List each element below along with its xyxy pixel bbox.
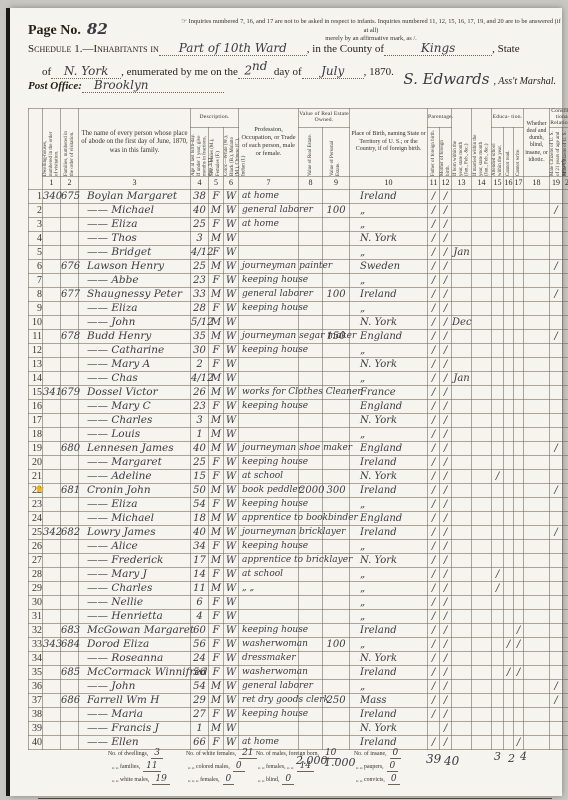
cell-family: 676 <box>61 259 79 273</box>
cell-father-foreign: / <box>428 511 440 525</box>
table-row: 12—— Catharine30FWkeeping house„// <box>29 343 568 357</box>
cell-vote-denied <box>563 581 568 595</box>
cell-sex: F <box>209 707 224 721</box>
cell-mother-foreign: / <box>440 315 452 329</box>
line-number: 35 <box>29 665 43 679</box>
cell-school <box>492 525 504 539</box>
cell-name: —— Charles <box>79 413 191 427</box>
cell-mother-foreign: / <box>440 357 452 371</box>
cell-father-foreign <box>428 721 440 735</box>
cell-cannot-read <box>504 707 514 721</box>
cell-vote-denied <box>563 203 568 217</box>
table-row: 35685McCormack Winnifred56FWwasherwomanI… <box>29 665 568 679</box>
cell-disability <box>524 399 550 413</box>
cell-birthplace: Ireland <box>350 665 428 679</box>
census-table-body: 1340675Boylan Margaret38FWat homeIreland… <box>29 189 568 749</box>
cell-occupation: dressmaker <box>239 651 299 665</box>
cell-name: Budd Henry <box>79 329 191 343</box>
cell-cannot-read <box>504 623 514 637</box>
cell-real-estate <box>299 371 323 385</box>
cell-color: W <box>224 539 239 553</box>
cell-cannot-read <box>504 301 514 315</box>
cell-cannot-read <box>504 245 514 259</box>
cell-cannot-write <box>514 581 524 595</box>
cell-cannot-read <box>504 693 514 707</box>
cell-marriage-month <box>472 553 492 567</box>
cell-personal-estate: 100 <box>323 637 350 651</box>
cell-cannot-read: / <box>504 665 514 679</box>
cell-birthplace: Ireland <box>350 525 428 539</box>
cell-birth-month <box>452 497 472 511</box>
cell-birth-month <box>452 301 472 315</box>
cell-male-citizen: / <box>550 693 563 707</box>
mother-foreign-total: 40 <box>444 754 459 768</box>
line-number: 33 <box>29 637 43 651</box>
cell-sex: M <box>209 385 224 399</box>
cell-real-estate <box>299 567 323 581</box>
cell-male-citizen <box>550 245 563 259</box>
column-number-12: 12 <box>440 176 452 189</box>
cell-birthplace: „ <box>350 539 428 553</box>
cell-name: —— John <box>79 315 191 329</box>
cell-school: / <box>492 469 504 483</box>
cell-sex: F <box>209 665 224 679</box>
cell-vote-denied <box>563 693 568 707</box>
table-row: 19680Lennesen James40MWjourneyman shoe m… <box>29 441 568 455</box>
cell-vote-denied <box>563 721 568 735</box>
cell-personal-estate <box>323 581 350 595</box>
column-number-row: 1 2 3 4 5 6 7 8 9 10 11 12 13 14 15 16 1… <box>29 176 568 189</box>
cell-name: —— Roseanna <box>79 651 191 665</box>
cell-name: McCormack Winnifred <box>79 665 191 679</box>
cell-color: W <box>224 609 239 623</box>
signature-value: S. Edwards <box>403 70 489 88</box>
cell-color: W <box>224 567 239 581</box>
cell-birth-month <box>452 413 472 427</box>
cell-dwelling <box>43 259 61 273</box>
cell-sex: M <box>209 441 224 455</box>
cell-cannot-read <box>504 217 514 231</box>
cell-father-foreign: / <box>428 203 440 217</box>
cell-marriage-month <box>472 469 492 483</box>
cell-personal-estate <box>323 315 350 329</box>
cell-mother-foreign: / <box>440 217 452 231</box>
footer-dwellings-value: 3 <box>151 748 163 759</box>
cell-age: 4/12 <box>191 371 209 385</box>
cannot-read-total: 2 <box>508 752 515 765</box>
cell-male-citizen: / <box>550 483 563 497</box>
cell-disability <box>524 581 550 595</box>
cell-age: 54 <box>191 497 209 511</box>
page-number-label: Page No. <box>28 23 81 38</box>
attended-school-total: 3 <box>494 750 501 763</box>
cell-disability <box>524 357 550 371</box>
cell-school <box>492 315 504 329</box>
cell-occupation: keeping house <box>239 497 299 511</box>
page-number-row: Page No.82 <box>28 20 108 39</box>
cell-cannot-read <box>504 427 514 441</box>
cell-mother-foreign: / <box>440 189 452 203</box>
cell-age: 56 <box>191 637 209 651</box>
line-number: 11 <box>29 329 43 343</box>
cell-dwelling <box>43 343 61 357</box>
cell-male-citizen <box>550 581 563 595</box>
cell-family: 683 <box>61 623 79 637</box>
cell-marriage-month <box>472 343 492 357</box>
cell-dwelling <box>43 441 61 455</box>
line-number: 37 <box>29 693 43 707</box>
cell-father-foreign: / <box>428 469 440 483</box>
cell-cannot-write <box>514 567 524 581</box>
cell-name: —— Michael <box>79 511 191 525</box>
census-sheet: Page No.82 ☞ Inquiries numbered 7, 16, a… <box>10 8 562 796</box>
day-field: 2nd <box>238 59 274 79</box>
line-number: 24 <box>29 511 43 525</box>
cell-vote-denied <box>563 427 568 441</box>
cell-male-citizen <box>550 665 563 679</box>
cell-cannot-write <box>514 217 524 231</box>
cell-disability <box>524 245 550 259</box>
group-constitutional: Constitu- tional Relations. <box>550 109 568 128</box>
cell-sex: F <box>209 469 224 483</box>
cell-cannot-write <box>514 455 524 469</box>
cell-father-foreign: / <box>428 609 440 623</box>
cell-cannot-read <box>504 385 514 399</box>
cell-father-foreign: / <box>428 357 440 371</box>
cell-age: 6 <box>191 595 209 609</box>
cell-school <box>492 329 504 343</box>
column-header-3: The name of every person whose place of … <box>79 109 191 177</box>
cell-mother-foreign: / <box>440 329 452 343</box>
column-number-14: 14 <box>472 176 492 189</box>
cell-name: Lowry James <box>79 525 191 539</box>
cell-sex: M <box>209 259 224 273</box>
cell-personal-estate <box>323 469 350 483</box>
cell-occupation: keeping house <box>239 623 299 637</box>
cell-name: Boylan Margaret <box>79 189 191 203</box>
cell-family <box>61 427 79 441</box>
footer-dwellings: No. of dwellings,3 <box>108 748 163 758</box>
cell-family <box>61 413 79 427</box>
group-description: Description. <box>191 109 239 128</box>
footer-white-females-value: 21 <box>239 748 256 759</box>
month-field: July <box>302 64 364 79</box>
cell-school <box>492 679 504 693</box>
column-header-20: Male Citizens of U. S. of 21 years of ag… <box>563 127 568 176</box>
cell-color: W <box>224 427 239 441</box>
cell-dwelling <box>43 707 61 721</box>
cell-real-estate <box>299 427 323 441</box>
census-table: Dwelling-houses, numbered in the order o… <box>28 108 568 750</box>
cell-birthplace: N. York <box>350 357 428 371</box>
cell-birthplace: „ <box>350 203 428 217</box>
cell-dwelling <box>43 329 61 343</box>
cell-birth-month <box>452 651 472 665</box>
cell-age: 25 <box>191 455 209 469</box>
cell-dwelling <box>43 427 61 441</box>
cell-family <box>61 651 79 665</box>
cell-mother-foreign: / <box>440 259 452 273</box>
cell-marriage-month <box>472 385 492 399</box>
cell-mother-foreign: / <box>440 707 452 721</box>
cell-birthplace: „ <box>350 427 428 441</box>
cell-name: —— Eliza <box>79 301 191 315</box>
cell-occupation: book peddler <box>239 483 299 497</box>
cell-sex: F <box>209 189 224 203</box>
cell-personal-estate <box>323 665 350 679</box>
cell-family <box>61 273 79 287</box>
cell-color: W <box>224 189 239 203</box>
cell-age: 28 <box>191 301 209 315</box>
cell-vote-denied <box>563 539 568 553</box>
cell-marriage-month <box>472 483 492 497</box>
cell-dwelling <box>43 315 61 329</box>
cell-marriage-month <box>472 511 492 525</box>
line-number: 23 <box>29 497 43 511</box>
cell-male-citizen <box>550 343 563 357</box>
cell-occupation: journeyman bricklayer <box>239 525 299 539</box>
cell-marriage-month <box>472 721 492 735</box>
cell-age: 23 <box>191 399 209 413</box>
cell-disability <box>524 651 550 665</box>
cell-cannot-write <box>514 399 524 413</box>
cell-cannot-read <box>504 315 514 329</box>
cell-father-foreign: / <box>428 455 440 469</box>
cell-disability <box>524 707 550 721</box>
cell-sex: M <box>209 413 224 427</box>
cell-marriage-month <box>472 203 492 217</box>
line-number: 2 <box>29 203 43 217</box>
cell-color: W <box>224 581 239 595</box>
post-office-label: Post Office: <box>28 80 82 92</box>
cell-birth-month <box>452 665 472 679</box>
cell-father-foreign: / <box>428 385 440 399</box>
cell-real-estate <box>299 609 323 623</box>
cell-real-estate <box>299 231 323 245</box>
cell-disability <box>524 693 550 707</box>
cell-school <box>492 371 504 385</box>
cell-vote-denied <box>563 301 568 315</box>
cell-sex: F <box>209 637 224 651</box>
cell-mother-foreign: / <box>440 497 452 511</box>
cell-family <box>61 371 79 385</box>
footer-colored-males-value: 0 <box>233 761 245 772</box>
cell-age: 2 <box>191 357 209 371</box>
cell-cannot-read <box>504 371 514 385</box>
day-value: 2 <box>244 64 252 78</box>
line-number: 31 <box>29 609 43 623</box>
cell-cannot-read <box>504 469 514 483</box>
cell-color: W <box>224 287 239 301</box>
cell-cannot-read <box>504 679 514 693</box>
footer-paupers: „ „ paupers,0 <box>356 761 398 771</box>
cell-cannot-write <box>514 343 524 357</box>
cell-birthplace: N. York <box>350 413 428 427</box>
cell-age: 3 <box>191 413 209 427</box>
cell-age: 56 <box>191 665 209 679</box>
cell-occupation <box>239 231 299 245</box>
line-number: 7 <box>29 273 43 287</box>
cell-sex: M <box>209 483 224 497</box>
cell-cannot-write <box>514 413 524 427</box>
footer-blind: „ „ blind,0 <box>258 774 294 784</box>
line-number: 16 <box>29 399 43 413</box>
cell-mother-foreign: / <box>440 581 452 595</box>
column-number-15: 15 <box>492 176 504 189</box>
cell-cannot-write <box>514 511 524 525</box>
cell-birthplace: Ireland <box>350 455 428 469</box>
cell-family <box>61 721 79 735</box>
cell-age: 29 <box>191 693 209 707</box>
cell-age: 14 <box>191 567 209 581</box>
cell-birthplace: N. York <box>350 469 428 483</box>
cell-personal-estate <box>323 609 350 623</box>
line-number: 5 <box>29 245 43 259</box>
cell-marriage-month <box>472 329 492 343</box>
footer-convicts: „ „ convicts,0 <box>356 774 400 784</box>
cell-marriage-month <box>472 567 492 581</box>
cell-color: W <box>224 511 239 525</box>
cell-birthplace: N. York <box>350 553 428 567</box>
father-foreign-total: 39 <box>426 752 441 766</box>
cell-birthplace: Mass <box>350 693 428 707</box>
cell-birth-month <box>452 707 472 721</box>
cell-disability <box>524 483 550 497</box>
table-row: 4—— Thos3MWN. York// <box>29 231 568 245</box>
column-header-5: Sex.—Males (M.), Females (F.) <box>209 127 224 176</box>
cell-cannot-read <box>504 483 514 497</box>
cell-cannot-write <box>514 287 524 301</box>
table-row: 38—— Maria27FWkeeping houseIreland// <box>29 707 568 721</box>
cell-birthplace: Ireland <box>350 707 428 721</box>
cell-cannot-read <box>504 567 514 581</box>
cell-father-foreign: / <box>428 707 440 721</box>
cell-school <box>492 637 504 651</box>
cell-family <box>61 539 79 553</box>
cell-name: —— Adeline <box>79 469 191 483</box>
cell-school: / <box>492 581 504 595</box>
cell-birthplace: England <box>350 399 428 413</box>
cell-mother-foreign: / <box>440 623 452 637</box>
cell-school <box>492 259 504 273</box>
cell-school <box>492 217 504 231</box>
line-number: 6 <box>29 259 43 273</box>
cell-vote-denied <box>563 287 568 301</box>
cell-school <box>492 441 504 455</box>
table-row: 10—— John5/12MWN. York//Dec <box>29 315 568 329</box>
cell-occupation: apprentice to bookbinder <box>239 511 299 525</box>
cell-male-citizen: / <box>550 329 563 343</box>
signature-block: S. Edwards , Ass't Marshal. <box>403 70 556 88</box>
cell-school <box>492 721 504 735</box>
cell-birthplace: „ <box>350 245 428 259</box>
cell-family <box>61 581 79 595</box>
line-number: 15 <box>29 385 43 399</box>
cell-dwelling <box>43 623 61 637</box>
cell-personal-estate <box>323 721 350 735</box>
cell-male-citizen <box>550 455 563 469</box>
cell-name: —— Chas <box>79 371 191 385</box>
cell-marriage-month <box>472 679 492 693</box>
cell-cannot-write <box>514 525 524 539</box>
cell-dwelling <box>43 357 61 371</box>
cell-school <box>492 427 504 441</box>
cell-occupation <box>239 371 299 385</box>
cell-cannot-read <box>504 609 514 623</box>
cell-personal-estate <box>323 357 350 371</box>
cell-mother-foreign: / <box>440 483 452 497</box>
cell-cannot-write <box>514 679 524 693</box>
table-row: 8677Shaugnessy Peter33MWgeneral laborer1… <box>29 287 568 301</box>
cell-birth-month <box>452 399 472 413</box>
cell-family: 686 <box>61 693 79 707</box>
cell-family: 679 <box>61 385 79 399</box>
page-number-value: 82 <box>87 20 108 38</box>
cell-color: W <box>224 721 239 735</box>
cell-age: 30 <box>191 343 209 357</box>
cell-dwelling <box>43 539 61 553</box>
cell-dwelling <box>43 553 61 567</box>
cell-name: —— Henrietta <box>79 609 191 623</box>
cell-father-foreign: / <box>428 399 440 413</box>
cell-school <box>492 483 504 497</box>
cell-occupation <box>239 245 299 259</box>
cell-cannot-write <box>514 245 524 259</box>
cell-sex: F <box>209 595 224 609</box>
column-header-19: Male Citizens of U. S. of 21 years of ag… <box>550 127 563 176</box>
cell-dwelling <box>43 567 61 581</box>
cell-cannot-write: / <box>514 637 524 651</box>
cell-dwelling <box>43 581 61 595</box>
cell-marriage-month <box>472 189 492 203</box>
cell-mother-foreign: / <box>440 679 452 693</box>
district-value: Part of 10th Ward <box>179 41 287 55</box>
cell-birth-month <box>452 385 472 399</box>
cell-father-foreign: / <box>428 693 440 707</box>
month-value: July <box>321 64 344 78</box>
footer-blind-value: 0 <box>282 774 294 785</box>
line-number-header <box>29 109 43 190</box>
cell-age: 25 <box>191 217 209 231</box>
cell-cannot-write <box>514 609 524 623</box>
cell-birth-month <box>452 567 472 581</box>
cell-school <box>492 539 504 553</box>
cell-personal-estate <box>323 567 350 581</box>
column-header-8: Value of Real Estate. <box>299 127 323 176</box>
cell-personal-estate <box>323 707 350 721</box>
line-number: 32 <box>29 623 43 637</box>
cell-occupation: at home <box>239 189 299 203</box>
cell-birthplace: Ireland <box>350 189 428 203</box>
cell-vote-denied <box>563 567 568 581</box>
cell-school <box>492 511 504 525</box>
cell-male-citizen <box>550 469 563 483</box>
cell-occupation <box>239 721 299 735</box>
cell-marriage-month <box>472 231 492 245</box>
cell-birth-month <box>452 525 472 539</box>
cell-school <box>492 623 504 637</box>
cell-age: 35 <box>191 329 209 343</box>
cell-birth-month <box>452 637 472 651</box>
cell-cannot-write <box>514 693 524 707</box>
cell-marriage-month <box>472 707 492 721</box>
cell-school <box>492 497 504 511</box>
cell-school <box>492 595 504 609</box>
cell-male-citizen: / <box>550 525 563 539</box>
line-number: 17 <box>29 413 43 427</box>
cell-birthplace: „ <box>350 497 428 511</box>
cell-color: W <box>224 707 239 721</box>
